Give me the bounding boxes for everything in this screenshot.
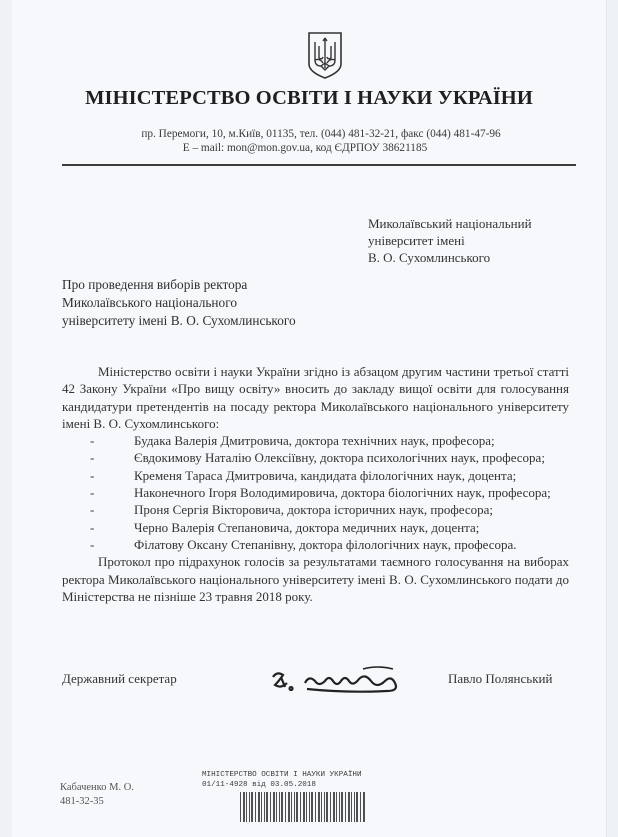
executor-phone: 481-32-35 <box>60 795 134 809</box>
candidate-item: -Євдокимову Наталію Олексіївну, доктора … <box>62 449 569 466</box>
candidate-list: -Будака Валерія Дмитровича, доктора техн… <box>62 432 569 553</box>
candidate-text: Проня Сергія Вікторовича, доктора істори… <box>134 502 493 517</box>
handwritten-signature-icon <box>267 663 427 697</box>
candidate-item: -Кременя Тараса Дмитровича, кандидата фі… <box>62 467 569 484</box>
candidate-item: -Черно Валерія Степановича, доктора меди… <box>62 519 569 536</box>
candidate-item: -Філатову Оксану Степанівну, доктора філ… <box>62 536 569 553</box>
candidate-text: Черно Валерія Степановича, доктора медич… <box>134 520 479 535</box>
executor-name: Кабаченко М. О. <box>60 781 134 795</box>
executor-block: Кабаченко М. О. 481-32-35 <box>60 781 134 809</box>
ministry-contacts: E – mail: mon@mon.gov.ua, код ЄДРПОУ 386… <box>0 141 614 155</box>
intro-paragraph: Міністерство освіти і науки України згід… <box>62 363 569 432</box>
recipient-block: Миколаївський національний університет і… <box>368 215 532 266</box>
candidate-item: -Наконечного Ігоря Володимировича, докто… <box>62 484 569 501</box>
closing-paragraph: Протокол про підрахунок голосів за резул… <box>62 553 569 605</box>
candidate-text: Кременя Тараса Дмитровича, кандидата філ… <box>134 468 516 483</box>
subject-block: Про проведення виборів ректора Миколаївс… <box>62 276 296 330</box>
candidate-item: -Проня Сергія Вікторовича, доктора істор… <box>62 501 569 518</box>
subject-line: Про проведення виборів ректора <box>62 276 296 294</box>
signatory-role: Державний секретар <box>62 671 177 687</box>
barcode-icon <box>240 792 366 822</box>
candidate-text: Будака Валерія Дмитровича, доктора техні… <box>134 433 495 448</box>
candidate-text: Євдокимову Наталію Олексіївну, доктора п… <box>134 450 545 465</box>
coat-of-arms-icon <box>306 30 344 80</box>
recipient-line: Миколаївський національний <box>368 215 532 232</box>
subject-line: університету імені В. О. Сухомлинського <box>62 312 296 330</box>
signature-row: Державний секретар Павло Полянський <box>62 671 572 701</box>
header-divider <box>62 164 576 166</box>
candidate-text: Філатову Оксану Степанівну, доктора філо… <box>134 537 517 552</box>
ministry-title: МІНІСТЕРСТВО ОСВІТИ І НАУКИ УКРАЇНИ <box>0 87 618 110</box>
candidate-item: -Будака Валерія Дмитровича, доктора техн… <box>62 432 569 449</box>
signatory-name: Павло Полянський <box>448 671 552 687</box>
ministry-address: пр. Перемоги, 10, м.Київ, 01135, тел. (0… <box>12 127 618 141</box>
candidate-text: Наконечного Ігоря Володимировича, доктор… <box>134 485 551 500</box>
stamp-reg-number: 01/11-4928 від 03.05.2018 <box>202 780 392 790</box>
recipient-line: В. О. Сухомлинського <box>368 249 532 266</box>
letter-body: Міністерство освіти і науки України згід… <box>62 363 569 605</box>
subject-line: Миколаївського національного <box>62 294 296 312</box>
stamp-organization: МІНІСТЕРСТВО ОСВІТИ І НАУКИ УКРАЇНИ <box>202 770 392 780</box>
recipient-line: університет імені <box>368 232 532 249</box>
registration-stamp: МІНІСТЕРСТВО ОСВІТИ І НАУКИ УКРАЇНИ 01/1… <box>202 770 392 790</box>
